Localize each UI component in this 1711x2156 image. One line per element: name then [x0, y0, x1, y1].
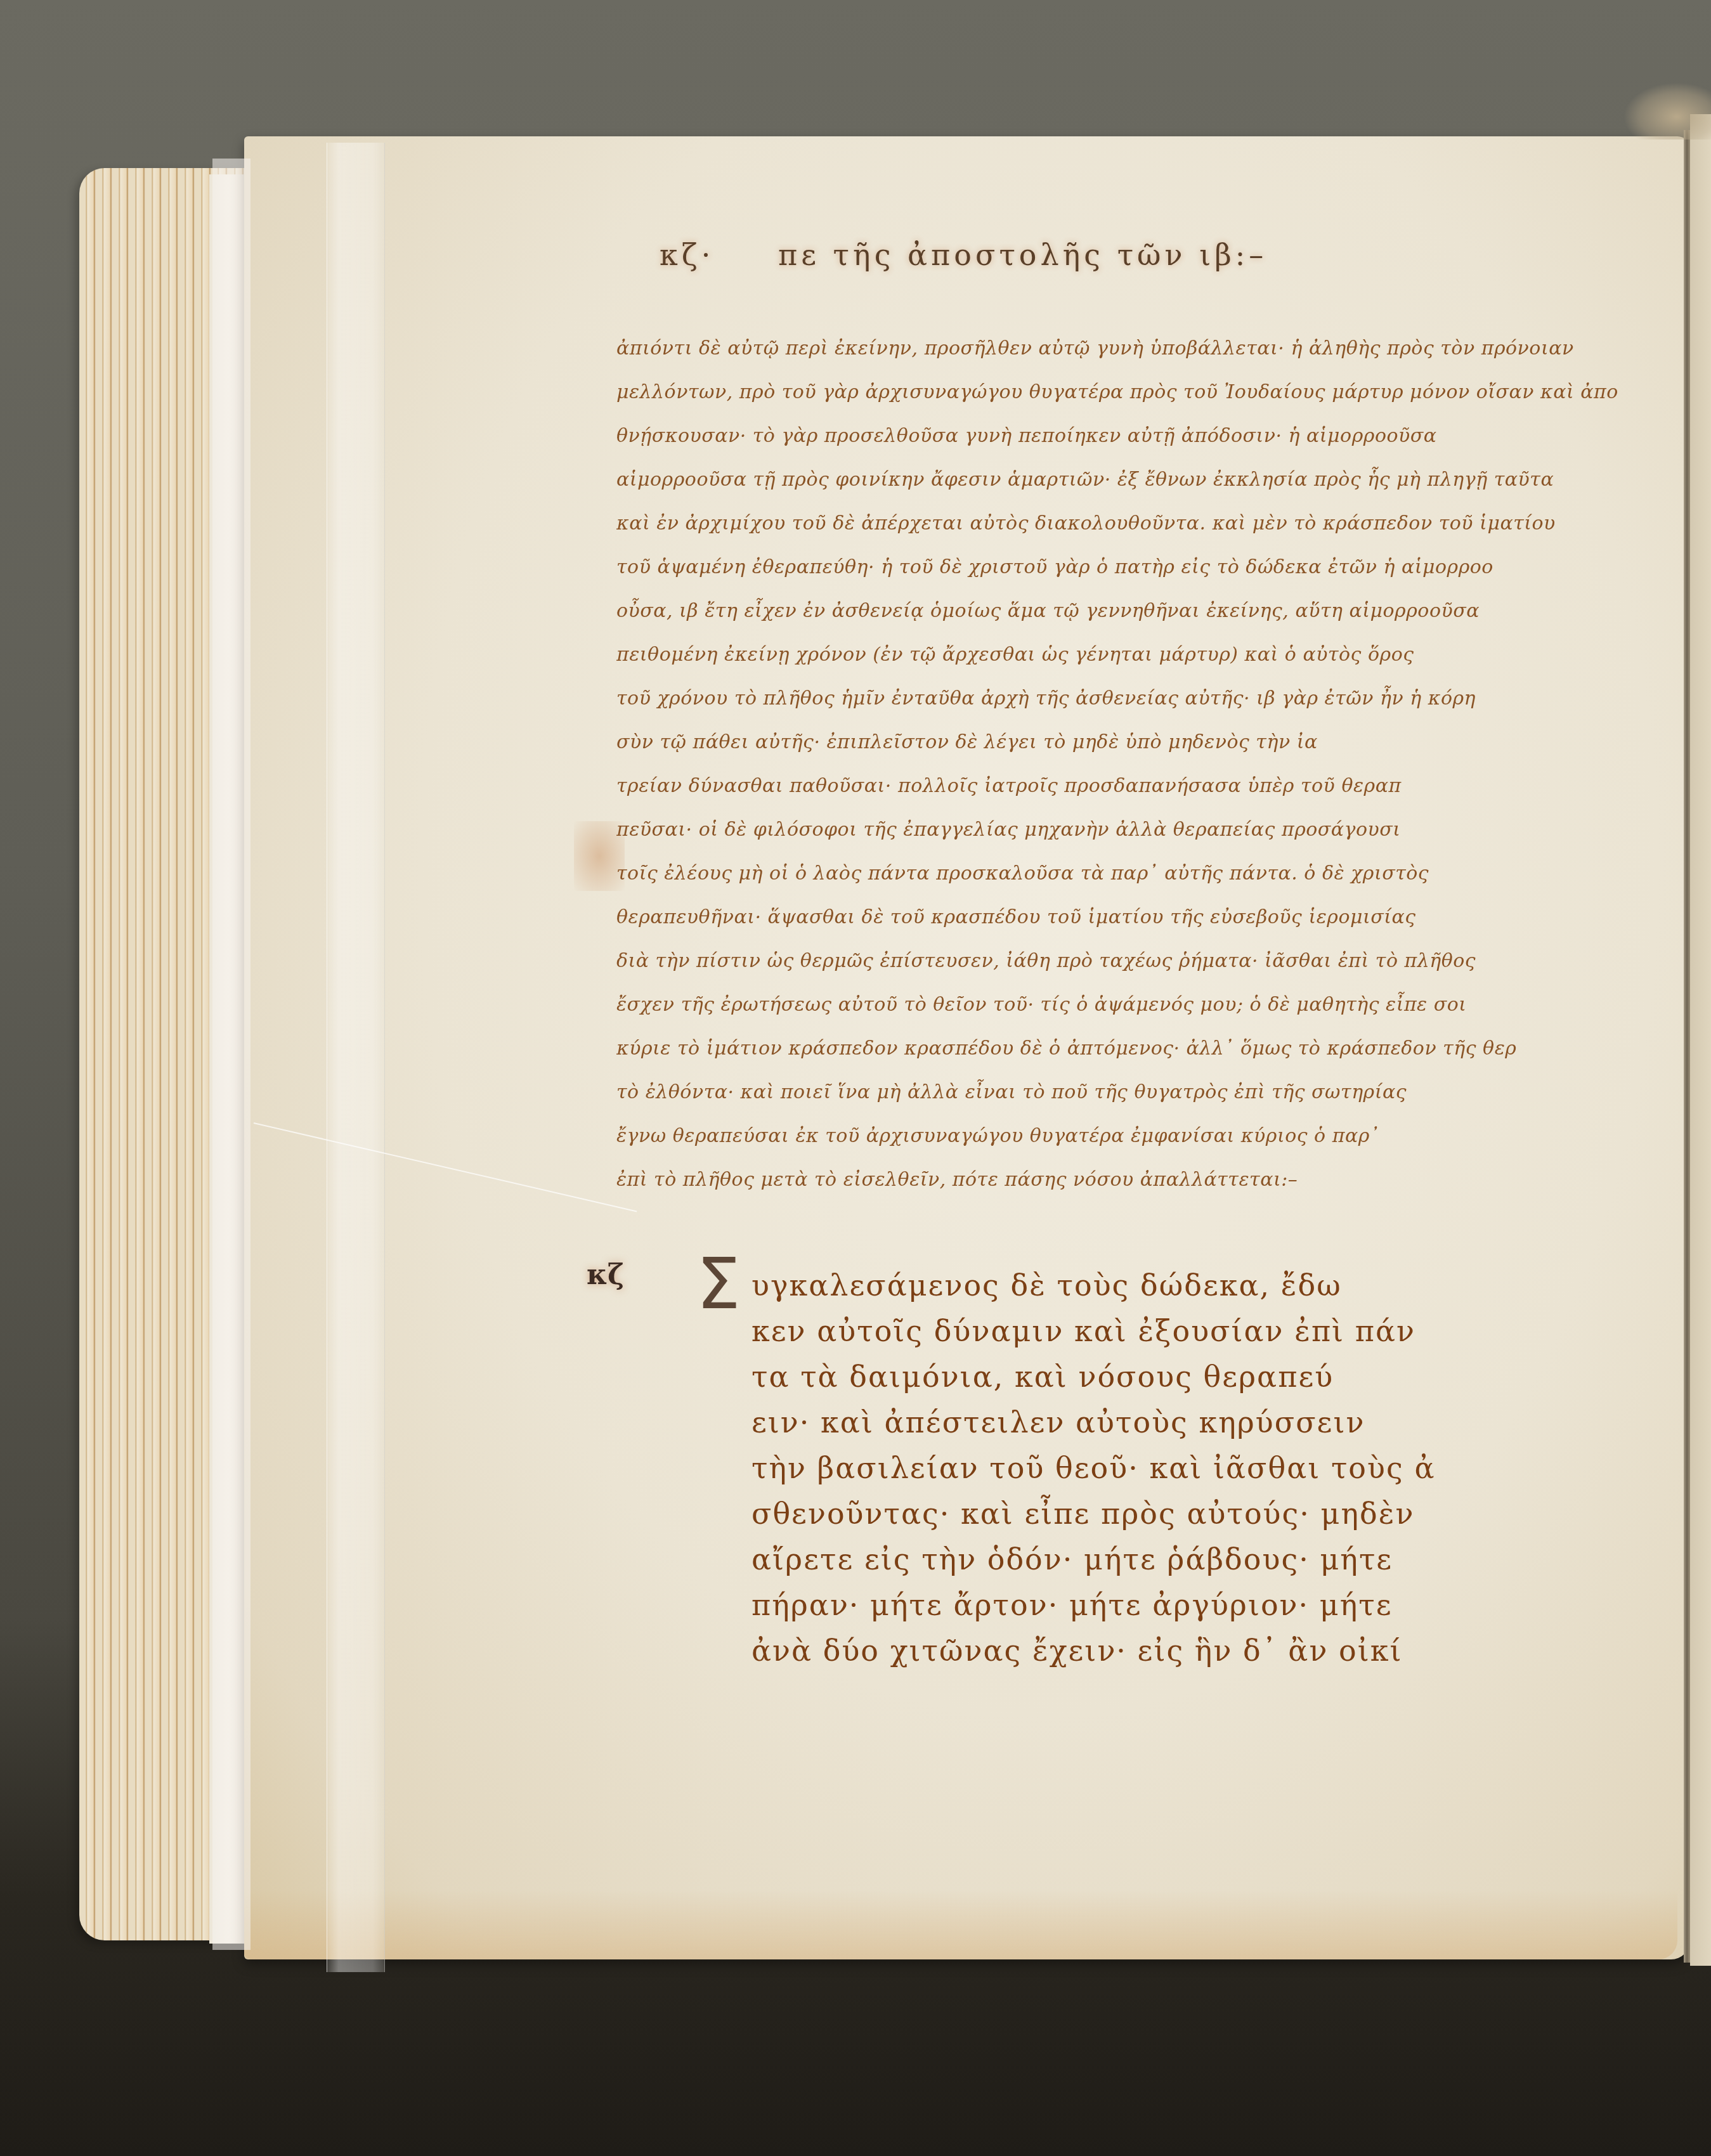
commentary-line: τοῖς ἐλέους μὴ οἱ ὁ λαὸς πάντα προσκαλοῦ…: [616, 855, 1682, 899]
page-edge-stain: [244, 1890, 1677, 1959]
lection-line: υγκαλεσάμενος δὲ τοὺς δώδεκα, ἔδω: [751, 1265, 1677, 1311]
commentary-line: ἔσχεν τῆς ἐρωτήσεως αὐτοῦ τὸ θεῖον τοῦ· …: [616, 986, 1682, 1030]
binding-thread: [1623, 82, 1711, 140]
commentary-line: αἱμορροοῦσα τῇ πρὸς φοινίκην ἄφεσιν ἁμαρ…: [616, 461, 1682, 505]
commentary-line: σὺν τῷ πάθει αὐτῆς· ἐπιπλεῖστον δὲ λέγει…: [616, 724, 1682, 767]
commentary-line: διὰ τὴν πίστιν ὡς θερμῶς ἐπίστευσεν, ἰάθ…: [616, 942, 1682, 986]
transparent-tape-strip: [327, 143, 385, 1972]
lection-line: αἴρετε εἰς τὴν ὁδόν· μήτε ῥάβδους· μήτε: [751, 1539, 1677, 1585]
commentary-line: θεραπευθῆναι· ἅψασθαι δὲ τοῦ κρασπέδου τ…: [616, 899, 1682, 942]
decorated-initial: Σ: [696, 1249, 741, 1319]
lection-text-block: υγκαλεσάμενος δὲ τοὺς δώδεκα, ἔδω κεν αὐ…: [751, 1265, 1677, 1676]
marginal-section-numeral: κζ: [587, 1259, 624, 1291]
lection-line: πήραν· μήτε ἄρτον· μήτε ἀργύριον· μήτε: [751, 1585, 1677, 1630]
commentary-block: ἀπιόντι δὲ αὐτῷ περὶ ἐκείνην, προσῆλθεν …: [616, 330, 1682, 1205]
commentary-line: τοῦ ἁψαμένη ἐθεραπεύθη· ἡ τοῦ δὲ χριστοῦ…: [616, 549, 1682, 592]
paper-guard-strip: [212, 159, 250, 1950]
photo-stage: κζ· πε τῆς ἀποστολῆς τῶν ιβ:– ἀπιόντι δὲ…: [0, 0, 1711, 2156]
chapter-title: πε τῆς ἀποστολῆς τῶν ιβ:–: [778, 238, 1267, 272]
commentary-line: πεῦσαι· οἱ δὲ φιλόσοφοι τῆς ἐπαγγελίας μ…: [616, 811, 1682, 855]
lection-line: κεν αὐτοῖς δύναμιν καὶ ἐξουσίαν ἐπὶ πάν: [751, 1311, 1677, 1356]
facing-page-edge: [1690, 114, 1711, 1966]
commentary-line: ἐπὶ τὸ πλῆθος μετὰ τὸ εἰσελθεῖν, πότε πά…: [616, 1161, 1682, 1205]
commentary-line: οὖσα, ιβ ἔτη εἶχεν ἐν ἀσθενείᾳ ὁμοίως ἅμ…: [616, 592, 1682, 636]
commentary-line: ἔγνω θεραπεύσαι ἐκ τοῦ ἀρχισυναγώγου θυγ…: [616, 1117, 1682, 1161]
lection-line: τὴν βασιλείαν τοῦ θεοῦ· καὶ ἰᾶσθαι τοὺς …: [751, 1448, 1677, 1493]
commentary-line: πειθομένη ἐκείνῃ χρόνον (ἐν τῷ ἄρχεσθαι …: [616, 636, 1682, 680]
commentary-line: μελλόντων, πρὸ τοῦ γὰρ ἀρχισυναγώγου θυγ…: [616, 373, 1682, 417]
commentary-line: τοῦ χρόνου τὸ πλῆθος ἡμῖν ἐνταῦθα ἀρχὴ τ…: [616, 680, 1682, 724]
commentary-line: καὶ ἐν ἀρχιμίχου τοῦ δὲ ἀπέρχεται αὐτὸς …: [616, 505, 1682, 549]
commentary-line: τρείαν δύνασθαι παθοῦσαι· πολλοῖς ἰατροῖ…: [616, 767, 1682, 811]
lection-line: τα τὰ δαιμόνια, καὶ νόσους θεραπεύ: [751, 1356, 1677, 1402]
commentary-line: ἀπιόντι δὲ αὐτῷ περὶ ἐκείνην, προσῆλθεν …: [616, 330, 1682, 373]
kephalaion-number: κζ·: [660, 238, 714, 272]
commentary-line: θνῄσκουσαν· τὸ γὰρ προσελθοῦσα γυνὴ πεπο…: [616, 417, 1682, 461]
lection-line: ἀνὰ δύο χιτῶνας ἔχειν· εἰς ἣν δ᾽ ἂν οἰκί: [751, 1630, 1677, 1676]
commentary-line: τὸ ἐλθόντα· καὶ ποιεῖ ἵνα μὴ ἀλλὰ εἶναι …: [616, 1074, 1682, 1117]
chapter-heading: κζ· πε τῆς ἀποστολῆς τῶν ιβ:–: [660, 238, 1267, 272]
binding-gutter: [1684, 130, 1690, 1963]
lection-line: ειν· καὶ ἀπέστειλεν αὐτοὺς κηρύσσειν: [751, 1402, 1677, 1448]
commentary-line: κύριε τὸ ἱμάτιον κράσπεδον κρασπέδου δὲ …: [616, 1030, 1682, 1074]
lection-line: σθενοῦντας· καὶ εἶπε πρὸς αὐτούς· μηδὲν: [751, 1493, 1677, 1539]
